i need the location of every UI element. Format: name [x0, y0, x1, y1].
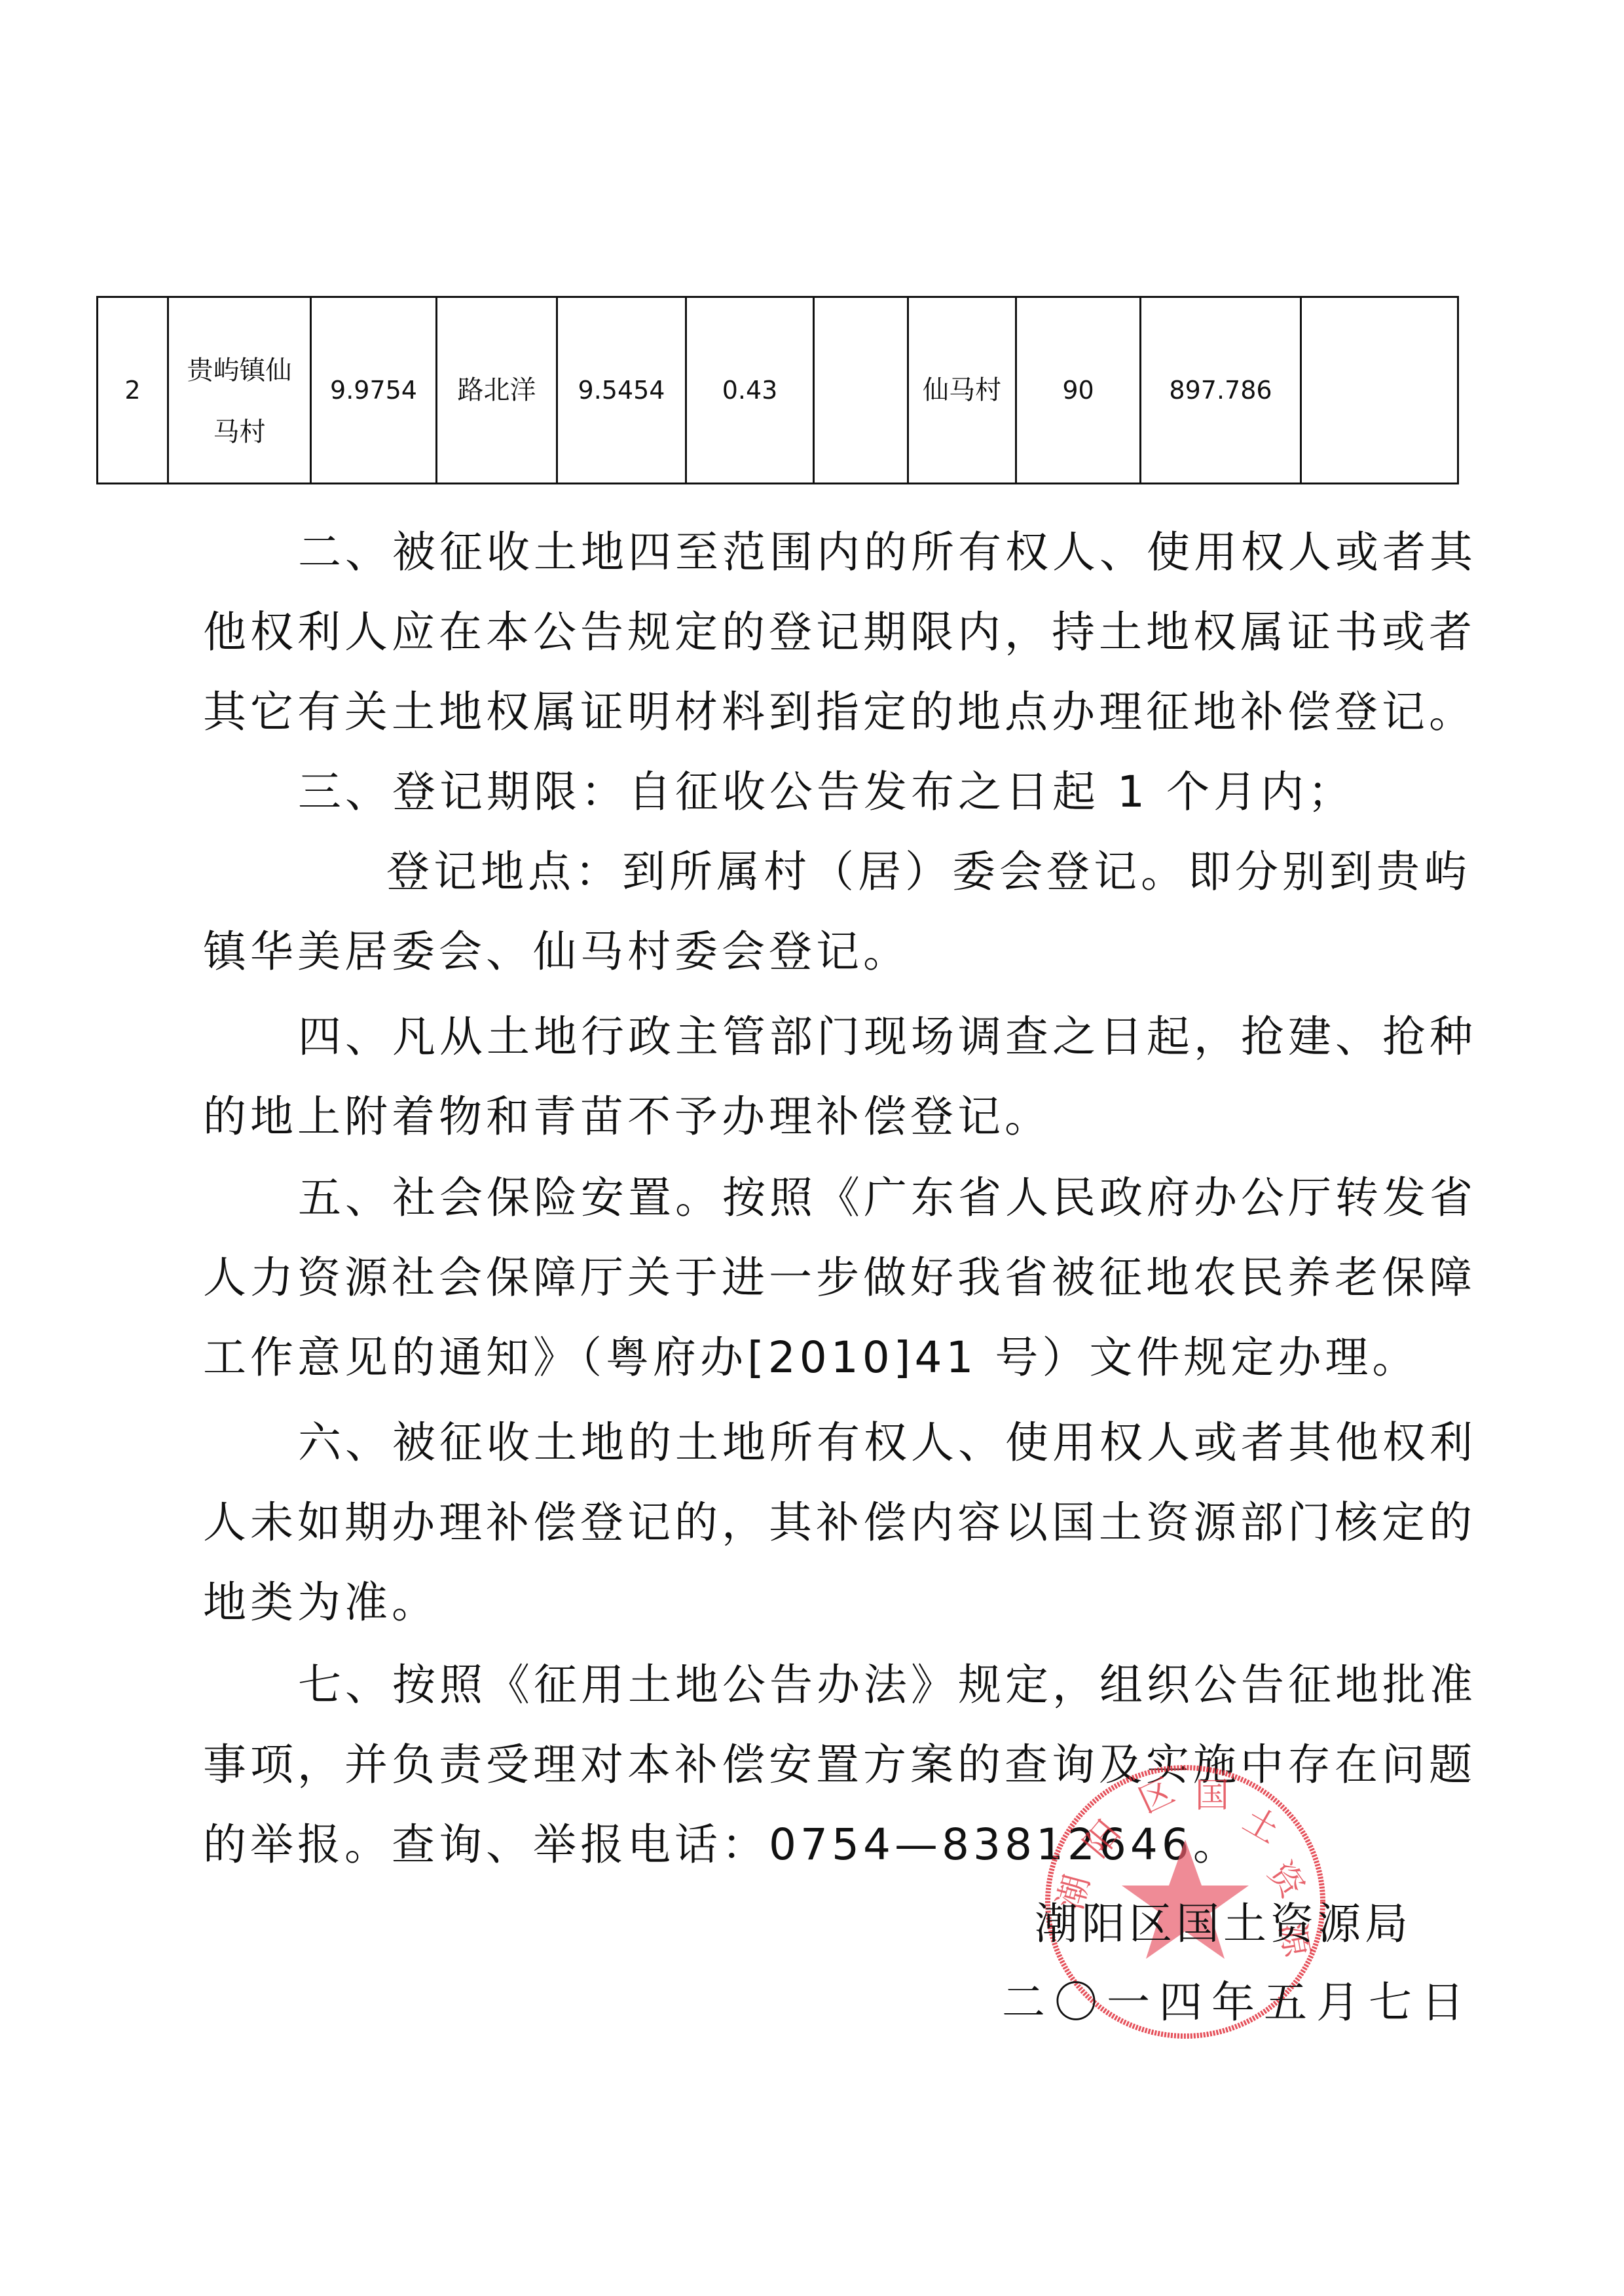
cell-area-b: 0.43 [686, 297, 814, 484]
signature-date: 二〇一四年五月七日 [1002, 1967, 1473, 2030]
document-page: 2 贵屿镇仙 马村 9.9754 路北洋 9.5454 0.43 仙马村 90 … [0, 0, 1624, 2296]
signature-organization: 潮阳区国土资源局 [1035, 1889, 1412, 1951]
svg-text:阳: 阳 [1077, 1813, 1128, 1865]
cell-area-a: 9.5454 [557, 297, 686, 484]
svg-text:土: 土 [1237, 1800, 1286, 1851]
para-6-line-1: 六、被征收土地的土地所有权人、使用权人或者其他权利 [298, 1408, 1477, 1470]
para-3-line-3: 镇华美居委会、仙马村委会登记。 [203, 917, 910, 979]
table-row: 2 贵屿镇仙 马村 9.9754 路北洋 9.5454 0.43 仙马村 90 … [98, 297, 1458, 484]
para-2-line-2: 他权利人应在本公告规定的登记期限内，持土地权属证书或者 [203, 597, 1476, 659]
para-2-line-1: 二、被征收土地四至范围内的所有权人、使用权人或者其 [298, 517, 1477, 579]
cell-location-line1: 贵屿镇仙 [169, 329, 310, 412]
para-6-line-3: 地类为准。 [203, 1567, 439, 1630]
para-3-line-1: 三、登记期限：自征收公告发布之日起 1 个月内； [298, 757, 1355, 819]
cell-village: 仙马村 [908, 297, 1016, 484]
para-4-line-2: 的地上附着物和青苗不予办理补偿登记。 [203, 1082, 1052, 1144]
cell-empty [814, 297, 908, 484]
cell-place-name: 路北洋 [437, 297, 557, 484]
cell-area-total: 9.9754 [311, 297, 437, 484]
land-table: 2 贵屿镇仙 马村 9.9754 路北洋 9.5454 0.43 仙马村 90 … [96, 296, 1459, 484]
cell-location: 贵屿镇仙 马村 [168, 297, 311, 484]
cell-extra [1301, 297, 1458, 484]
para-7-line-1: 七、按照《征用土地公告办法》规定，组织公告征地批准 [298, 1650, 1477, 1712]
para-5-line-3: 工作意见的通知》（粤府办[2010]41 号）文件规定办理。 [203, 1322, 1419, 1385]
para-2-line-3: 其它有关土地权属证明材料到指定的地点办理征地补偿登记。 [203, 677, 1476, 739]
para-4-line-1: 四、凡从土地行政主管部门现场调查之日起，抢建、抢种 [298, 1002, 1477, 1064]
svg-text:国: 国 [1195, 1776, 1229, 1815]
cell-rate: 90 [1016, 297, 1141, 484]
cell-location-line2: 马村 [169, 412, 310, 452]
cell-amount: 897.786 [1141, 297, 1301, 484]
svg-text:区: 区 [1133, 1771, 1180, 1821]
cell-index: 2 [98, 297, 168, 484]
para-3-line-2: 登记地点：到所属村（居）委会登记。即分别到贵屿 [386, 837, 1471, 899]
para-6-line-2: 人未如期办理补偿登记的，其补偿内容以国土资源部门核定的 [203, 1487, 1476, 1550]
para-5-line-2: 人力资源社会保障厅关于进一步做好我省被征地农民养老保障 [203, 1243, 1476, 1305]
para-5-line-1: 五、社会保险安置。按照《广东省人民政府办公厅转发省 [298, 1163, 1477, 1225]
